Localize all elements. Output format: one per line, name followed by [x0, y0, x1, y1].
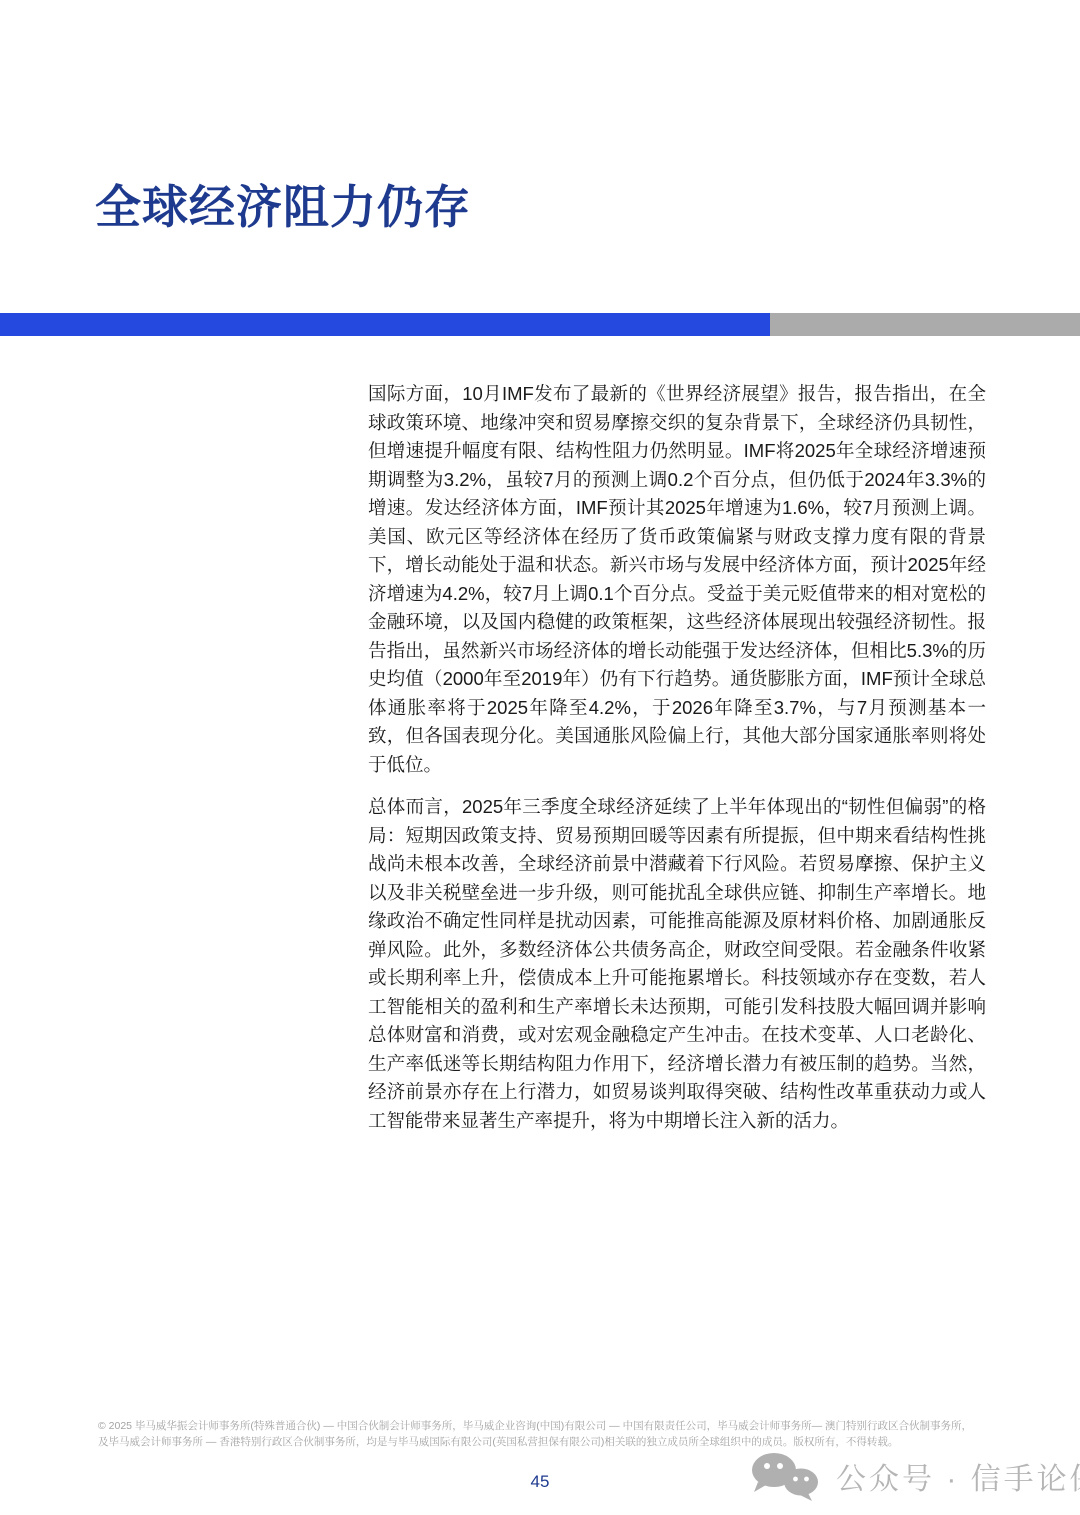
wechat-watermark: 公众号 · 信手论保 [748, 1450, 1080, 1502]
paragraph-overall: 总体而言，2025年三季度全球经济延续了上半年体现出的“韧性但偏弱”的格局：短期… [368, 793, 986, 1135]
paragraph-international: 国际方面，10月IMF发布了最新的《世界经济展望》报告，报告指出，在全球政策环境… [368, 380, 986, 779]
disclaimer-line-1: © 2025 毕马威华振会计师事务所(特殊普通合伙) — 中国合伙制会计师事务所… [98, 1418, 990, 1434]
disclaimer-line-2: 及毕马威会计师事务所 — 香港特别行政区合伙制事务所，均是与毕马威国际有限公司(… [98, 1434, 990, 1450]
section-divider-bar [0, 313, 1080, 336]
divider-gray-segment [770, 313, 1080, 336]
body-text-column: 国际方面，10月IMF发布了最新的《世界经济展望》报告，报告指出，在全球政策环境… [368, 380, 986, 1135]
watermark-text: 公众号 · 信手论保 [836, 1454, 1080, 1498]
page-title: 全球经济阻力仍存 [95, 180, 471, 235]
divider-blue-segment [0, 313, 770, 336]
footer-disclaimer: © 2025 毕马威华振会计师事务所(特殊普通合伙) — 中国合伙制会计师事务所… [98, 1418, 990, 1450]
document-page: 全球经济阻力仍存 国际方面，10月IMF发布了最新的《世界经济展望》报告，报告指… [0, 0, 1080, 1515]
wechat-icon [748, 1450, 824, 1502]
